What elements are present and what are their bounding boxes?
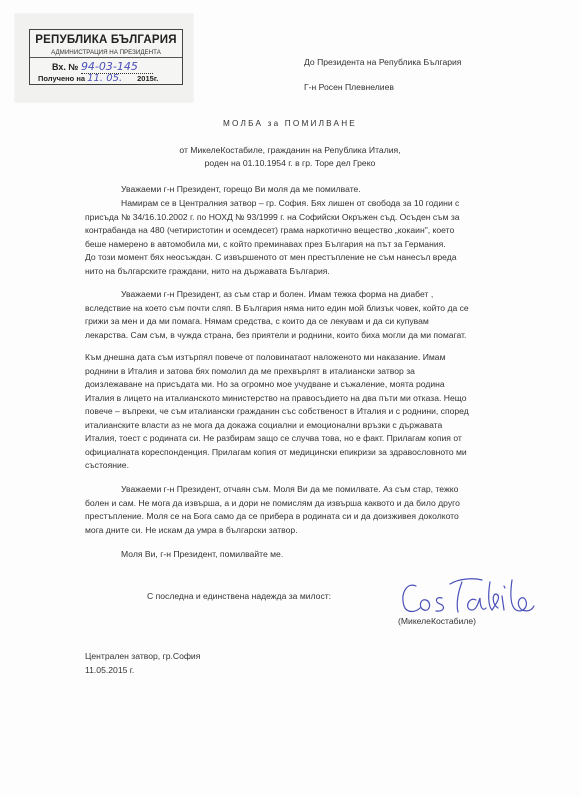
sender-line-2: роден на 01.10.1954 г. в гр. Торе дел Гр… xyxy=(0,158,580,168)
paragraph-6: Моля Ви, г-н Президент, помилвайте ме. xyxy=(85,548,505,562)
stamp-received-date: 11. 05. xyxy=(87,73,122,84)
closing-label: С последна и единствена надежда за милос… xyxy=(147,591,331,601)
stamp-reg-number: 94-03-145 xyxy=(81,60,138,73)
addressee-line-1: До Президента на Република България xyxy=(304,57,461,67)
signature-icon xyxy=(398,574,538,620)
paragraph-3: Уважаеми г-н Президент, аз съм стар и бо… xyxy=(85,288,505,342)
signatory-name: (МикелеКостабиле) xyxy=(398,616,476,626)
stamp-received: Получено на 11. 05.2015г. xyxy=(38,73,158,85)
stamp-registration: Вх. № 94-03-145 xyxy=(52,60,153,74)
footer-date: 11.05.2015 г. xyxy=(85,665,134,675)
document-title: МОЛБА за ПОМИЛВАНЕ xyxy=(0,119,580,128)
addressee-line-2: Г-н Росен Плевнелиев xyxy=(304,82,394,92)
paragraph-1: Уважаеми г-н Президент, горещо Ви моля д… xyxy=(85,183,505,197)
stamp-institution: РЕПУБЛИКА БЪЛГАРИЯ xyxy=(30,34,182,46)
sender-line-1: от МикелеКостабиле, гражданин на Републи… xyxy=(0,145,580,155)
paragraph-5: Уважаеми г-н Президент, отчаян съм. Моля… xyxy=(85,483,505,537)
paragraph-2: Намирам се в Централния затвор – гр. Соф… xyxy=(85,197,505,278)
paragraph-4: Към днешна дата съм изтърпял повече от п… xyxy=(85,351,505,473)
footer-place: Централен затвор, гр.София xyxy=(85,651,200,661)
stamp-reg-label: Вх. № xyxy=(52,62,78,72)
stamp-department: АДМИНИСТРАЦИЯ НА ПРЕЗИДЕНТА xyxy=(30,49,182,58)
letter-page: РЕПУБЛИКА БЪЛГАРИЯ АДМИНИСТРАЦИЯ НА ПРЕЗ… xyxy=(0,0,580,797)
stamp-received-label: Получено на xyxy=(38,74,85,83)
registration-stamp: РЕПУБЛИКА БЪЛГАРИЯ АДМИНИСТРАЦИЯ НА ПРЕЗ… xyxy=(29,29,183,85)
stamp-received-year: 2015г. xyxy=(137,74,158,83)
